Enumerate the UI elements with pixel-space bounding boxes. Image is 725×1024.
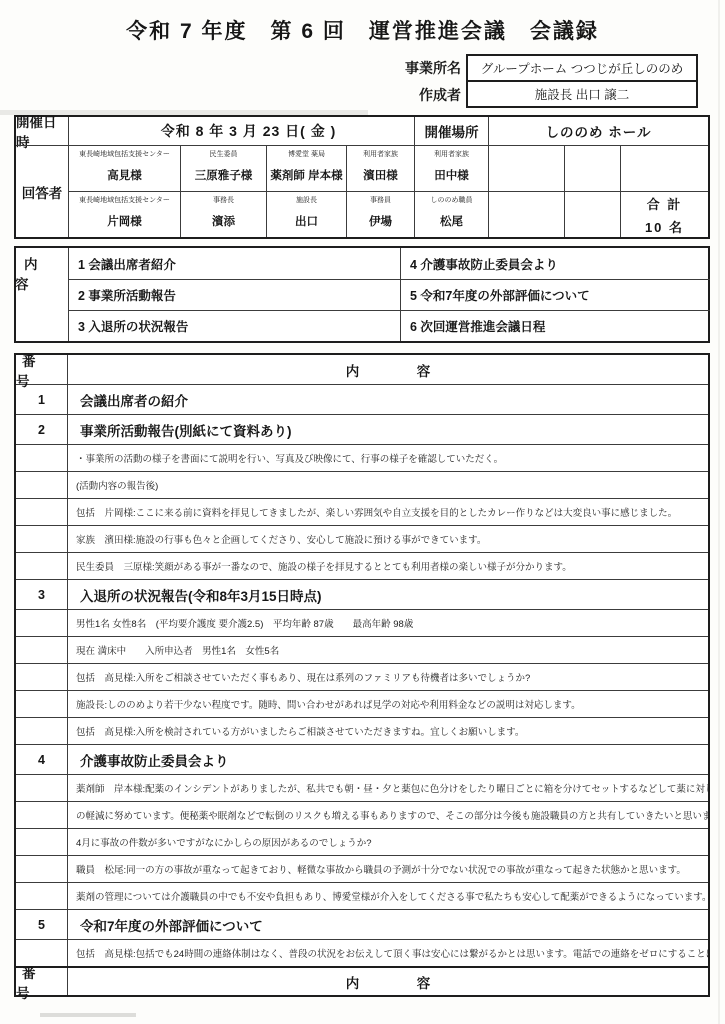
minutes-row: 包括 片岡様:ここに来る前に資料を拝見してきましたが、楽しい雰囲気や自立支援を目… xyxy=(16,498,708,525)
attendee-role: 利用者家族 xyxy=(415,146,488,159)
scan-artifact xyxy=(0,110,368,115)
attendee-role: 利用者家族 xyxy=(347,146,414,159)
attendee-role: 事務員 xyxy=(347,192,414,205)
respondents-label: 回答者 xyxy=(16,145,68,237)
attendee-name: 松尾 xyxy=(415,205,488,237)
row-text: 男性1名 女性8名 (平均要介護度 要介護2.5) 平均年齢 87歳 最高年齢 … xyxy=(68,610,708,636)
minutes-row: 施設長:しののめより若干少ない程度です。随時、問い合わせがあれば見学の対応や利用… xyxy=(16,690,708,717)
total-value: 10 名 xyxy=(645,217,684,236)
author-label: 作成者 xyxy=(419,82,461,108)
attendee-cell: 東長崎地域包括支援センター高見様 xyxy=(68,145,180,191)
attendee-cell: 施設長出口 xyxy=(266,191,346,237)
attendee-name: 三原雅子様 xyxy=(181,159,266,191)
row-text: 介護事故防止委員会より xyxy=(68,745,708,774)
minutes-row: 職員 松尾:同一の方の事故が重なって起きており、軽微な事故から職員の予測が十分で… xyxy=(16,855,708,882)
office-name-row: 事業所名 グループホーム つつじが丘しののめ xyxy=(405,54,698,82)
attendee-name: 薬剤師 岸本様 xyxy=(267,159,346,191)
number-header: 番 号 xyxy=(16,968,68,995)
attendee-cell: 事務長濱添 xyxy=(180,191,266,237)
total-label: 合 計 xyxy=(647,194,683,213)
attendee-role: 事務長 xyxy=(181,192,266,205)
content-header: 内 容 xyxy=(68,355,708,384)
minutes-row: (活動内容の報告後) xyxy=(16,471,708,498)
row-text: 包括 高見様:包括でも24時間の連絡体制はなく、普段の状況をお伝えして頂く事は安… xyxy=(68,940,708,966)
agenda-item: 6 次回運営推進会議日程 xyxy=(400,310,710,341)
attendee-role: 東長崎地域包括支援センター xyxy=(69,146,180,159)
row-text: の軽減に努めています。便秘薬や眠剤などで転倒のリスクも増える事もありますので、そ… xyxy=(68,802,708,828)
row-text: (活動内容の報告後) xyxy=(68,472,708,498)
row-text: 会議出席者の紹介 xyxy=(68,385,708,414)
attendee-cell-empty xyxy=(488,145,564,191)
datetime-value: 令和 8 年 3 月 23 日( 金 ) xyxy=(68,117,414,145)
row-text: 包括 高見様:入所をご相談させていただく事もあり、現在は系列のファミリアも待機者… xyxy=(68,664,708,690)
attendee-cell: 利用者家族田中様 xyxy=(414,145,488,191)
attendee-name: 濱田様 xyxy=(347,159,414,191)
scan-artifact xyxy=(718,0,720,1024)
minutes-row: 男性1名 女性8名 (平均要介護度 要介護2.5) 平均年齢 87歳 最高年齢 … xyxy=(16,609,708,636)
author-row: 作成者 施設長 出口 譲二 xyxy=(419,82,698,108)
row-text: 職員 松尾:同一の方の事故が重なって起きており、軽微な事故から職員の予測が十分で… xyxy=(68,856,708,882)
minutes-footer-header-row: 番 号内 容 xyxy=(16,966,708,995)
attendee-cell: 博愛堂 薬局薬剤師 岸本様 xyxy=(266,145,346,191)
office-name-label: 事業所名 xyxy=(405,54,461,82)
row-text: 家族 濱田様:施設の行事も色々と企画してくださり、安心して施設に預ける事ができて… xyxy=(68,526,708,552)
row-text: 施設長:しののめより若干少ない程度です。随時、問い合わせがあれば見学の対応や利用… xyxy=(68,691,708,717)
attendee-cell: 民生委員三原雅子様 xyxy=(180,145,266,191)
row-text: 現在 満床中 入所申込者 男性1名 女性5名 xyxy=(68,637,708,663)
minutes-row: 3入退所の状況報告(令和8年3月15日時点) xyxy=(16,579,708,609)
attendee-cell-empty xyxy=(564,145,620,191)
attendee-cell-empty xyxy=(620,145,708,191)
row-text: 薬剤師 岸本様:配薬のインシデントがありましたが、私共でも朝・昼・夕と薬包に色分… xyxy=(68,775,708,801)
place-value: しののめ ホール xyxy=(488,117,708,145)
content-header: 内 容 xyxy=(68,968,708,995)
minutes-row: 5令和7年度の外部評価について xyxy=(16,909,708,939)
row-text: 事業所活動報告(別紙にて資料あり) xyxy=(68,415,708,444)
attendee-cell: 事務員伊場 xyxy=(346,191,414,237)
office-name-value: グループホーム つつじが丘しののめ xyxy=(466,54,698,82)
minutes-row: 包括 高見様:入所を検討されている方がいましたらご相談させていただきますね。宜し… xyxy=(16,717,708,744)
place-label: 開催場所 xyxy=(414,117,488,145)
row-text: 入退所の状況報告(令和8年3月15日時点) xyxy=(68,580,708,609)
attendee-role: 施設長 xyxy=(267,192,346,205)
agenda-item: 2 事業所活動報告 xyxy=(68,279,400,310)
agenda-table: 内 容 1 会議出席者紹介 4 介護事故防止委員会より 2 事業所活動報告 5 … xyxy=(14,246,710,343)
row-text: 薬剤の管理については介護職員の中でも不安や負担もあり、博愛堂様が介入をしてくださ… xyxy=(68,883,708,909)
attendee-name: 伊場 xyxy=(347,205,414,237)
row-text: 令和7年度の外部評価について xyxy=(68,910,708,939)
attendee-role: 博愛堂 薬局 xyxy=(267,146,346,159)
agenda-item: 3 入退所の状況報告 xyxy=(68,310,400,341)
agenda-item: 4 介護事故防止委員会より xyxy=(400,248,710,279)
header-fields: 事業所名 グループホーム つつじが丘しののめ 作成者 施設長 出口 譲二 xyxy=(0,54,725,108)
attendee-cell-empty xyxy=(564,191,620,237)
minutes-row: 包括 高見様:包括でも24時間の連絡体制はなく、普段の状況をお伝えして頂く事は安… xyxy=(16,939,708,966)
row-text: ・事業所の活動の様子を書面にて説明を行い、写真及び映像にて、行事の様子を確認して… xyxy=(68,445,708,471)
meeting-minutes-page: 令和 7 年度 第 6 回 運営推進会議 会議録 事業所名 グループホーム つつ… xyxy=(0,0,725,1024)
author-value: 施設長 出口 譲二 xyxy=(466,80,698,108)
minutes-row: の軽減に努めています。便秘薬や眠剤などで転倒のリスクも増える事もありますので、そ… xyxy=(16,801,708,828)
attendee-cell: 利用者家族濱田様 xyxy=(346,145,414,191)
minutes-table: 番 号内 容 1会議出席者の紹介 2事業所活動報告(別紙にて資料あり) ・事業所… xyxy=(14,353,710,997)
attendee-role: 民生委員 xyxy=(181,146,266,159)
minutes-row: 薬剤師 岸本様:配薬のインシデントがありましたが、私共でも朝・昼・夕と薬包に色分… xyxy=(16,774,708,801)
row-text: 包括 高見様:入所を検討されている方がいましたらご相談させていただきますね。宜し… xyxy=(68,718,708,744)
attendee-cell-empty xyxy=(488,191,564,237)
attendee-name: 濱添 xyxy=(181,205,266,237)
attendee-cell: しののめ職員松尾 xyxy=(414,191,488,237)
datetime-label: 開催日時 xyxy=(16,117,68,145)
attendee-name: 出口 xyxy=(267,205,346,237)
meeting-info-table: 開催日時 令和 8 年 3 月 23 日( 金 ) 開催場所 しののめ ホール … xyxy=(14,115,710,239)
agenda-label: 内 容 xyxy=(16,248,68,341)
minutes-row: 家族 濱田様:施設の行事も色々と企画してくださり、安心して施設に預ける事ができて… xyxy=(16,525,708,552)
attendee-name: 田中様 xyxy=(415,159,488,191)
minutes-row: 包括 高見様:入所をご相談させていただく事もあり、現在は系列のファミリアも待機者… xyxy=(16,663,708,690)
minutes-row: 1会議出席者の紹介 xyxy=(16,384,708,414)
minutes-row: 2事業所活動報告(別紙にて資料あり) xyxy=(16,414,708,444)
minutes-row: 現在 満床中 入所申込者 男性1名 女性5名 xyxy=(16,636,708,663)
total-cell: 合 計10 名 xyxy=(620,191,708,237)
row-text: 4月に事故の件数が多いですがなにかしらの原因があるのでしょうか? xyxy=(68,829,708,855)
minutes-row: 民生委員 三原様:笑顔がある事が一番なので、施設の様子を拝見するととても利用者様… xyxy=(16,552,708,579)
attendee-name: 高見様 xyxy=(69,159,180,191)
attendee-role: 東長崎地域包括支援センター xyxy=(69,192,180,205)
page-title: 令和 7 年度 第 6 回 運営推進会議 会議録 xyxy=(0,15,725,45)
agenda-item: 1 会議出席者紹介 xyxy=(68,248,400,279)
minutes-row: 4介護事故防止委員会より xyxy=(16,744,708,774)
minutes-header-row: 番 号内 容 xyxy=(16,355,708,384)
agenda-item: 5 令和7年度の外部評価について xyxy=(400,279,710,310)
minutes-row: 4月に事故の件数が多いですがなにかしらの原因があるのでしょうか? xyxy=(16,828,708,855)
attendee-cell: 東長崎地域包括支援センター片岡様 xyxy=(68,191,180,237)
scan-artifact xyxy=(40,1013,136,1017)
minutes-row: ・事業所の活動の様子を書面にて説明を行い、写真及び映像にて、行事の様子を確認して… xyxy=(16,444,708,471)
row-text: 民生委員 三原様:笑顔がある事が一番なので、施設の様子を拝見するととても利用者様… xyxy=(68,553,708,579)
minutes-row: 薬剤の管理については介護職員の中でも不安や負担もあり、博愛堂様が介入をしてくださ… xyxy=(16,882,708,909)
row-text: 包括 片岡様:ここに来る前に資料を拝見してきましたが、楽しい雰囲気や自立支援を目… xyxy=(68,499,708,525)
attendee-role: しののめ職員 xyxy=(415,192,488,205)
number-header: 番 号 xyxy=(16,355,68,384)
attendee-name: 片岡様 xyxy=(69,205,180,237)
